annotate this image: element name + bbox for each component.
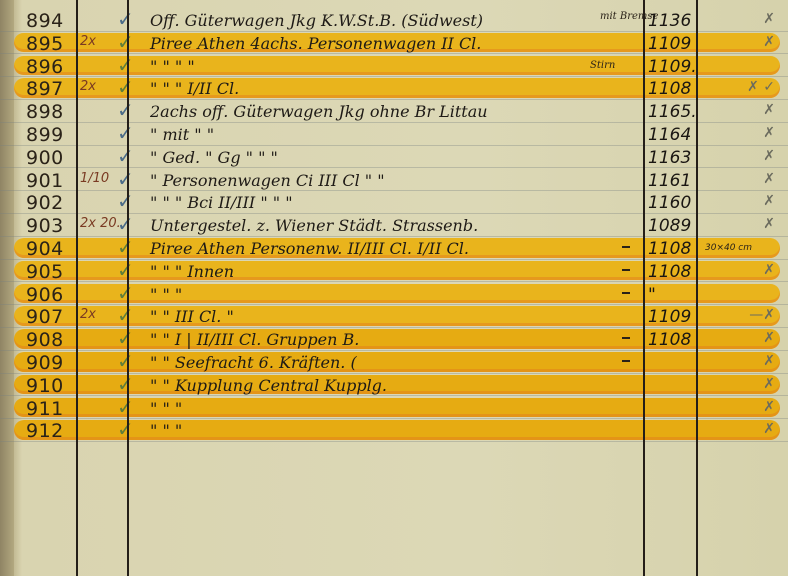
check-mark-icon: ✓ [117,189,134,213]
catalog-number: 1163 [648,146,696,170]
catalog-number: " [648,283,696,307]
quantity-mark: 2x [80,307,96,322]
check-mark-icon: ✓ [117,235,134,259]
check-mark-icon: ✓ [117,349,134,373]
entry-description: " " I | II/III Cl. Gruppen B. [150,328,630,350]
check-mark-icon: ✓ [117,121,134,145]
remark-mark: ✗ [705,262,775,278]
entry-description: " " " Bci II/III " " " [150,191,630,213]
remark-mark: ✗ [705,353,775,369]
column-rule-number [76,0,78,576]
check-mark-icon: ✓ [117,303,134,327]
entry-description: Untergestel. z. Wiener Städt. Strassenb. [150,214,630,236]
catalog-number: 1136 [648,9,696,33]
quantity-mark: 2x 20. [80,216,121,231]
catalog-number: 1089 [648,214,696,238]
entry-number: 901 [26,169,76,191]
ledger-row: 9072x✓" " III Cl. "1109—✗ [0,305,788,328]
dash-mark [622,246,630,248]
ledger-row: 909✓" " Seefracht 6. Kräften. (✗ [0,351,788,374]
ledger-row: 900✓" Ged. " Gg " " "1163✗ [0,146,788,169]
entry-description: " " " [150,397,630,419]
ledger-row: 910✓" " Kupplung Central Kupplg.✗ [0,374,788,397]
check-mark-icon: ✓ [117,30,134,54]
catalog-number: 1165. [648,100,696,124]
check-mark-icon: ✓ [117,212,134,236]
ledger-page: 894✓Off. Güterwagen Jkg K.W.St.B. (Südwe… [0,0,788,576]
column-rule-catalog-right [696,0,698,576]
entry-note: Stirn [590,60,615,71]
catalog-number: 1109 [648,32,696,56]
quantity-mark: 1/10 [80,171,109,186]
check-mark-icon: ✓ [117,7,134,31]
entry-number: 897 [26,77,76,99]
entry-number: 904 [26,237,76,259]
entry-number: 907 [26,305,76,327]
entry-number: 896 [26,55,76,77]
check-mark-icon: ✓ [117,281,134,305]
entry-number: 908 [26,328,76,350]
ledger-row: 902✓" " " Bci II/III " " "1160✗ [0,191,788,214]
dash-mark [622,292,630,294]
dash-mark [622,360,630,362]
remark-mark: —✗ [705,307,775,323]
entry-description: " " " Innen [150,260,630,282]
remark-mark: ✗ [705,421,775,437]
remark-mark: ✗ [705,399,775,415]
ledger-row: 906✓" " "" [0,283,788,306]
ledger-row: 912✓" " "✗ [0,419,788,442]
remark-mark: ✗ [705,102,775,118]
ledger-row: 898✓2achs off. Güterwagen Jkg ohne Br Li… [0,100,788,123]
entry-number: 911 [26,397,76,419]
ledger-row: 894✓Off. Güterwagen Jkg K.W.St.B. (Südwe… [0,9,788,32]
entry-description: " " III Cl. " [150,305,630,327]
check-mark-icon: ✓ [117,75,134,99]
entry-number: 906 [26,283,76,305]
entry-number: 895 [26,32,76,54]
catalog-number: 1161 [648,169,696,193]
check-mark-icon: ✓ [117,167,134,191]
dash-mark [622,337,630,339]
quantity-mark: 2x [80,79,96,94]
ledger-row: 905✓" " " Innen1108✗ [0,260,788,283]
remark-mark: ✗ [705,330,775,346]
check-mark-icon: ✓ [117,144,134,168]
column-rule-check [127,0,129,576]
quantity-mark: 2x [80,34,96,49]
catalog-number: 1164 [648,123,696,147]
entry-description: " Ged. " Gg " " " [150,146,630,168]
remark-mark: ✗ [705,148,775,164]
ledger-row: 9011/10✓" Personenwagen Ci III Cl " "116… [0,169,788,192]
entry-description: " " Kupplung Central Kupplg. [150,374,630,396]
entry-number: 909 [26,351,76,373]
column-rule-catalog-left [643,0,645,576]
check-mark-icon: ✓ [117,258,134,282]
catalog-number: 1108 [648,260,696,284]
dash-mark [622,269,630,271]
entry-number: 894 [26,9,76,31]
catalog-number: 1109 [648,305,696,329]
check-mark-icon: ✓ [117,417,134,441]
entry-description: " Personenwagen Ci III Cl " " [150,169,630,191]
ledger-row: 8972x✓" " " I/II Cl.1108✗ ✓ [0,77,788,100]
remark-mark: ✗ [705,11,775,27]
entry-number: 903 [26,214,76,236]
catalog-number: 1108 [648,328,696,352]
entry-description: " mit " " [150,123,630,145]
catalog-number: 1160 [648,191,696,215]
ledger-row: 904✓Piree Athen Personenw. II/III Cl. I/… [0,237,788,260]
remark-mark: ✗ [705,193,775,209]
ledger-row: 8952x✓Piree Athen 4achs. Personenwagen I… [0,32,788,55]
entry-number: 899 [26,123,76,145]
check-mark-icon: ✓ [117,372,134,396]
ledger-row: 908✓" " I | II/III Cl. Gruppen B.1108✗ [0,328,788,351]
entry-description: " " Seefracht 6. Kräften. ( [150,351,630,373]
entry-description: " " " [150,419,630,441]
entry-number: 898 [26,100,76,122]
check-mark-icon: ✓ [117,53,134,77]
remark-mark: ✗ [705,216,775,232]
entry-number: 912 [26,419,76,441]
remark-mark: 30×40 cm [705,243,775,253]
entry-number: 902 [26,191,76,213]
ledger-row: 911✓" " "✗ [0,397,788,420]
entry-description: " " " I/II Cl. [150,77,630,99]
entry-description: 2achs off. Güterwagen Jkg ohne Br Littau [150,100,630,122]
catalog-number: 1108 [648,77,696,101]
catalog-number: 1109. [648,55,696,79]
remark-mark: ✗ ✓ [705,79,775,95]
check-mark-icon: ✓ [117,326,134,350]
entry-number: 905 [26,260,76,282]
entry-number: 900 [26,146,76,168]
entry-description: Piree Athen 4achs. Personenwagen II Cl. [150,32,630,54]
ledger-row: 896✓" " " "Stirn1109. [0,55,788,78]
ledger-row: 9032x 20.✓Untergestel. z. Wiener Städt. … [0,214,788,237]
remark-mark: ✗ [705,125,775,141]
remark-mark: ✗ [705,34,775,50]
entry-description: Off. Güterwagen Jkg K.W.St.B. (Südwest) [150,9,630,31]
ledger-row: 899✓" mit " "1164✗ [0,123,788,146]
check-mark-icon: ✓ [117,98,134,122]
check-mark-icon: ✓ [117,395,134,419]
remark-mark: ✗ [705,171,775,187]
entry-description: Piree Athen Personenw. II/III Cl. I/II C… [150,237,630,259]
entry-description: " " " " [150,55,630,77]
entry-number: 910 [26,374,76,396]
entry-description: " " " [150,283,630,305]
catalog-number: 1108 [648,237,696,261]
remark-mark: ✗ [705,376,775,392]
